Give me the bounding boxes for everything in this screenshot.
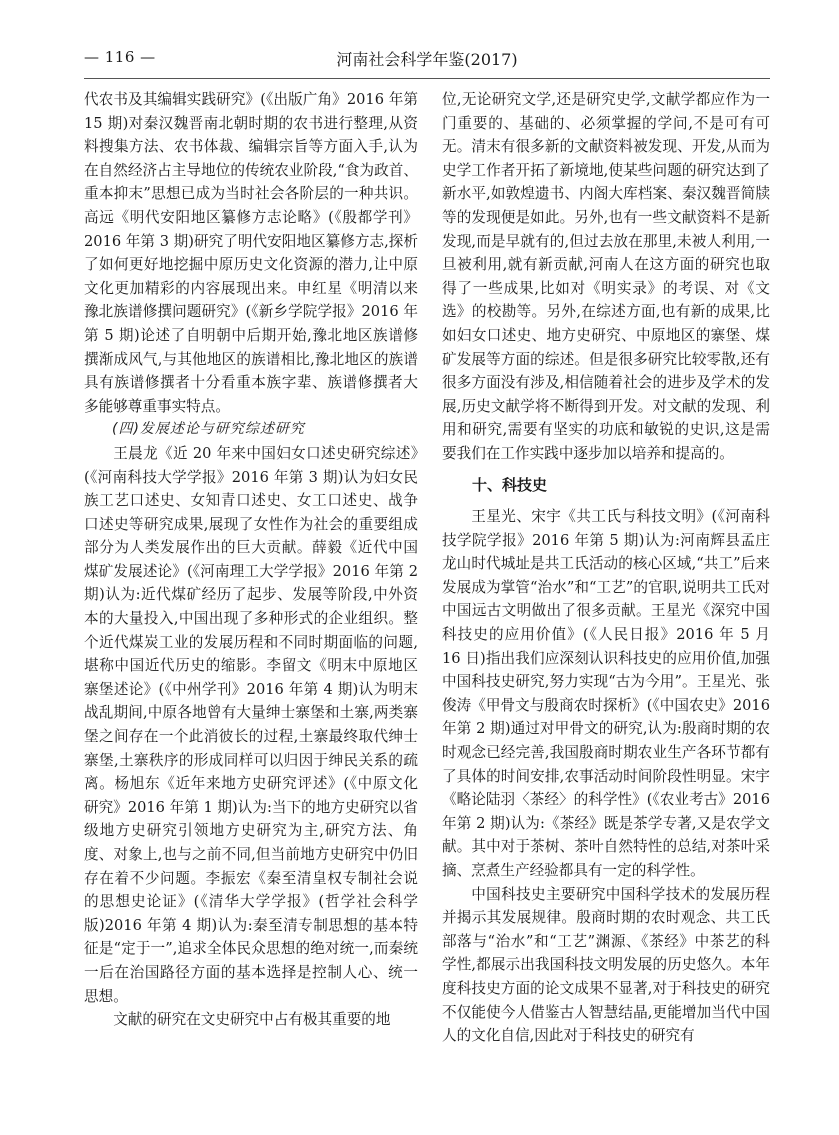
paragraph: 中国科技史主要研究中国科学技术的发展历程并揭示其发展规律。殷商时期的农时观念、共… [442, 883, 770, 1048]
left-column: 代农书及其编辑实践研究》(《出版广角》2016 年第 15 期)对秦汉魏晋南北朝… [84, 88, 418, 1032]
header-rule [84, 78, 770, 79]
subsection-heading: (四)发展述论与研究综述研究 [84, 418, 418, 442]
paragraph: 王星光、宋宇《共工氏与科技文明》(《河南科技学院学报》2016 年第 5 期)认… [442, 505, 770, 883]
section-heading: 十、科技史 [442, 474, 770, 498]
paragraph: 位,无论研究文学,还是研究史学,文献学都应作为一门重要的、基础的、必须掌握的学问… [442, 88, 770, 466]
running-title: 河南社会科学年鉴(2017) [84, 47, 770, 70]
paragraph: 文献的研究在文史研究中占有极其重要的地 [84, 1008, 418, 1032]
paragraph: 代农书及其编辑实践研究》(《出版广角》2016 年第 15 期)对秦汉魏晋南北朝… [84, 88, 418, 418]
right-column: 位,无论研究文学,还是研究史学,文献学都应作为一门重要的、基础的、必须掌握的学问… [442, 88, 770, 1048]
page-header: — 116 — 河南社会科学年鉴(2017) [84, 44, 770, 74]
paragraph: 王晨龙《近 20 年来中国妇女口述史研究综述》(《河南科技大学学报》2016 年… [84, 442, 418, 1008]
